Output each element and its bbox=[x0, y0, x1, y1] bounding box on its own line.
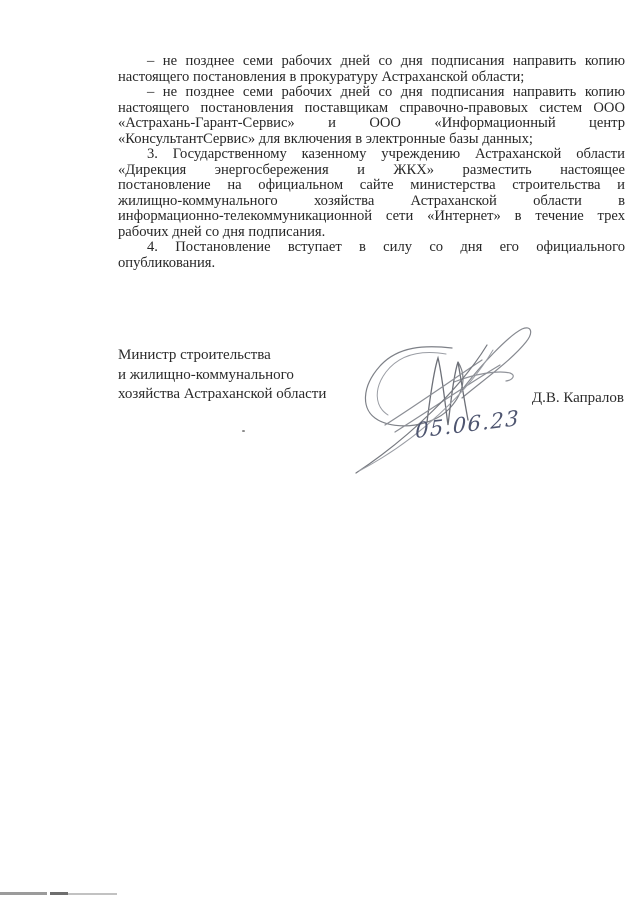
signature-title-line: хозяйства Астраханской области bbox=[118, 385, 378, 405]
ink-dot-artifact bbox=[242, 430, 245, 432]
text-line: 4. Постановление вступает в силу со дня … bbox=[118, 240, 625, 256]
text-line: жилищно-коммунального хозяйства Астрахан… bbox=[118, 194, 625, 210]
document-body: – не позднее семи рабочих дней со дня по… bbox=[118, 54, 625, 271]
text-line: настоящего постановления в прокуратуру А… bbox=[118, 70, 625, 86]
text-line: – не позднее семи рабочих дней со дня по… bbox=[118, 85, 625, 101]
text-line: постановление на официальном сайте минис… bbox=[118, 178, 625, 194]
text-line: опубликования. bbox=[118, 256, 625, 272]
signature-title-line: Министр строительства bbox=[118, 346, 378, 366]
signature-title: Министр строительства и жилищно-коммунал… bbox=[118, 346, 378, 405]
text-line: – не позднее семи рабочих дней со дня по… bbox=[118, 54, 625, 70]
scan-edge-artifact bbox=[50, 892, 68, 895]
scan-edge-artifact bbox=[0, 892, 47, 895]
text-line: рабочих дней со дня подписания. bbox=[118, 225, 625, 241]
text-line: «Астрахань-Гарант-Сервис» и ООО «Информа… bbox=[118, 116, 625, 132]
text-line: 3. Государственному казенному учреждению… bbox=[118, 147, 625, 163]
text-line: информационно-телекоммуникационной сети … bbox=[118, 209, 625, 225]
text-line: настоящего постановления поставщикам спр… bbox=[118, 101, 625, 117]
text-line: «Дирекция энергосбережения и ЖКХ» размес… bbox=[118, 163, 625, 179]
signature-title-line: и жилищно-коммунального bbox=[118, 366, 378, 386]
document-page: – не позднее семи рабочих дней со дня по… bbox=[0, 0, 640, 905]
signer-name: Д.В. Капралов bbox=[532, 390, 624, 407]
text-line: «КонсультантСервис» для включения в элек… bbox=[118, 132, 625, 148]
handwritten-signature bbox=[350, 318, 540, 478]
scan-edge-artifact bbox=[68, 893, 117, 895]
